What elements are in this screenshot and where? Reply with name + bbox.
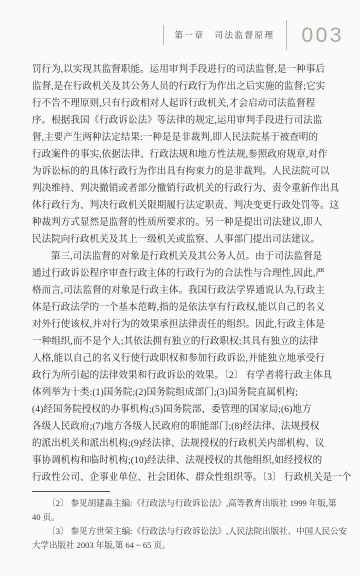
text-line: 监督,是在行政机关及其公务人员的行政行为作出之后实施的监督;它实	[32, 79, 332, 96]
text-line: 行不告不理原则,只有行政相对人起诉行政机关,才会启动司法监督程	[32, 96, 332, 113]
text-line: 为诉讼标的的具体行政行为作出具有拘束力的是非裁判。人民法院可以	[32, 164, 332, 181]
text-line: (4)经国务院授权的办事机构;(5)国务院部、委管理的国家局;(6)地方	[32, 402, 332, 419]
page-header: 第一章 司法监督原理 003	[163, 20, 344, 50]
book-page: 第一章 司法监督原理 003 罚行为,以实现其监督职能。运用审判手段进行的司法监…	[0, 0, 360, 576]
text-line: 行政案件的事实,依据法律、行政法规和地方性法规,参照政府规章,对作	[32, 147, 332, 164]
text-line: 事协调机构和临时机构;(10)经法律、法规授权的其他组织,如经授权的	[32, 453, 332, 470]
text-line: 政行为所引起的法律效果和行政诉讼的效果。〔2〕 有学者将行政主体具	[32, 368, 332, 385]
text-line: 罚行为,以实现其监督职能。运用审判手段进行的司法监督,是一种事后	[32, 62, 332, 79]
text-line: 人格,能以自己的名义行使行政职权和参加行政诉讼,并能独立地承受行	[32, 351, 332, 368]
footnotes: 〔2〕 参见胡建淼主编:《行政法与行政诉讼法》,高等教育出版社 1999 年版,…	[32, 497, 332, 553]
text-line: 体列举为十类:(1)国务院;(2)国务院组成部门;(3)国务院直属机构;	[32, 385, 332, 402]
header-divider-right	[286, 20, 287, 50]
footnote-2: 〔2〕 参见胡建淼主编:《行政法与行政诉讼法》,高等教育出版社 1999 年版,…	[32, 497, 332, 524]
text-line: 通过行政诉讼程序审查行政主体的行政行为的合法性与合理性,因此,严	[32, 266, 332, 283]
text-line: 第三,司法监督的对象是行政机关及其公务人员。由于司法监督是	[32, 249, 332, 266]
chapter-title: 第一章 司法监督原理	[174, 29, 274, 41]
text-line: 体行政行为、判决行政机关限期履行法定职责、判决变更行政处罚等。这	[32, 198, 332, 215]
text-line: 的派出机关和派出机构;(9)经法律、法规授权的行政机关内部机构、议	[32, 436, 332, 453]
text-line: 40 页。	[32, 511, 332, 525]
text-line: 判决维持、判决撤销或者部分撤销行政机关的行政行为、责令重新作出具	[32, 181, 332, 198]
text-line: 体是行政法学的一个基本范畴,指的是依法享有行政权,能以自己的名义	[32, 300, 332, 317]
text-line: 对外行使该权,并对行为的效果承担法律责任的组织。因此,行政主体是	[32, 317, 332, 334]
text-line: 种裁判方式显然是监督的性质所要求的。另一种是提出司法建议,即人	[32, 215, 332, 232]
paragraph-third: 第三,司法监督的对象是行政机关及其公务人员。由于司法监督是通过行政诉讼程序审查行…	[32, 249, 332, 487]
footnote-separator	[32, 491, 110, 492]
header-divider-left	[163, 25, 164, 45]
text-line: 〔2〕 参见胡建淼主编:《行政法与行政诉讼法》,高等教育出版社 1999 年版,…	[32, 497, 332, 511]
text-line: 序。根据我国《行政诉讼法》等法律的规定,运用审判手段进行司法监	[32, 113, 332, 130]
text-line: 〔3〕 参见方世荣主编:《行政法与行政诉讼法》,人民法院出版社、中国人民公安	[32, 525, 332, 539]
text-line: 各级人民政府;(7)地方各级人民政府的职能部门;(8)经法律、法规授权	[32, 419, 332, 436]
text-line: 民法院向行政机关及其上一级机关或监察、人事部门提出司法建议。	[32, 232, 332, 249]
text-line: 行政性公司、企事业单位、社会团体、群众性组织等。〔3〕 行政机关是一个	[32, 470, 332, 487]
text-line: 大学出版社 2003 年版,第 64 ~ 65 页。	[32, 539, 332, 553]
text-line: 一种组织,而不是个人;其依法拥有独立的行政职权;其具有独立的法律	[32, 334, 332, 351]
body-text: 罚行为,以实现其监督职能。运用审判手段进行的司法监督,是一种事后监督,是在行政机…	[32, 62, 332, 487]
footnote-3: 〔3〕 参见方世荣主编:《行政法与行政诉讼法》,人民法院出版社、中国人民公安大学…	[32, 525, 332, 552]
text-line: 格而言,司法监督的对象是行政主体。我国行政法学界通说认为,行政主	[32, 283, 332, 300]
text-line: 督,主要产生两种法定结果:一种是是非裁判,即人民法院基于被查明的	[32, 130, 332, 147]
paragraph-continuation: 罚行为,以实现其监督职能。运用审判手段进行的司法监督,是一种事后监督,是在行政机…	[32, 62, 332, 249]
page-number: 003	[301, 25, 344, 46]
